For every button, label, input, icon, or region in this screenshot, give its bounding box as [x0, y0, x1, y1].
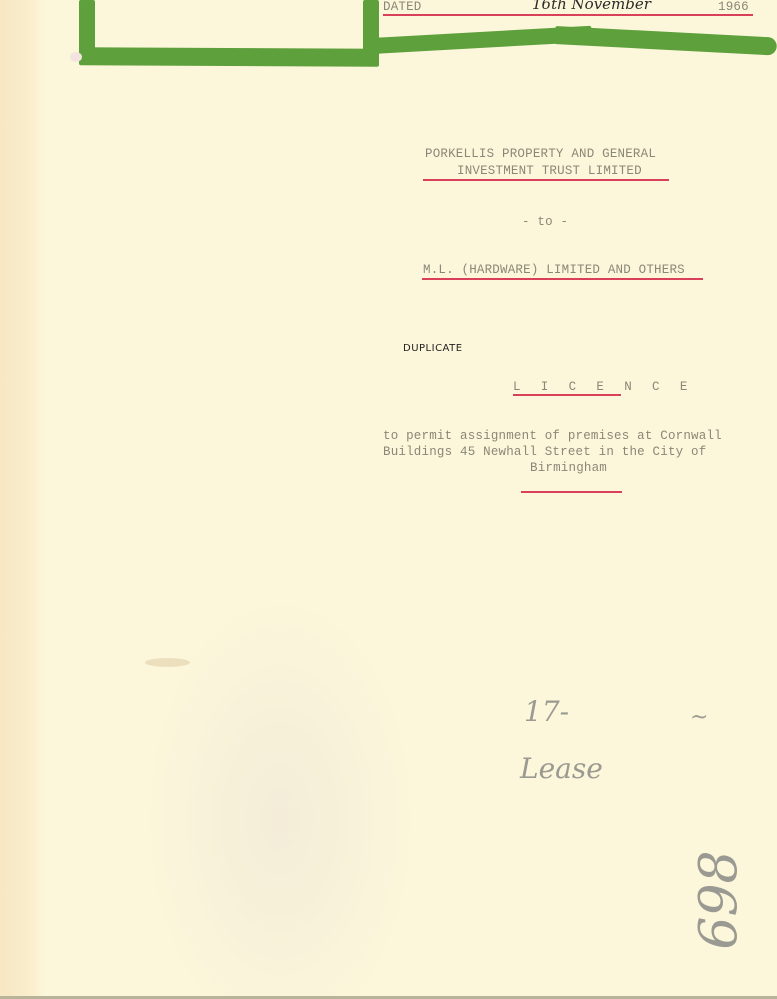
dated-date-handwritten: 16th November	[532, 0, 651, 13]
pencil-annotation-word: Lease	[520, 752, 603, 785]
green-tape	[79, 47, 379, 67]
party2-name: M.L. (HARDWARE) LIMITED AND OTHERS	[423, 263, 685, 277]
party1-name-line2: INVESTMENT TRUST LIMITED	[457, 164, 642, 178]
description-underline	[521, 491, 622, 493]
description-line3: Birmingham	[530, 461, 607, 475]
tape-knot	[70, 52, 82, 62]
document-page: DATED 16th November 1966 PORKELLIS PROPE…	[0, 0, 777, 999]
party1-name-line1: PORKELLIS PROPERTY AND GENERAL	[425, 147, 656, 161]
description-line1: to permit assignment of premises at Corn…	[383, 429, 722, 443]
green-tape	[555, 26, 777, 56]
description-line2: Buildings 45 Newhall Street in the City …	[383, 445, 706, 459]
document-title: L I C E N C E	[513, 380, 694, 394]
title-underline	[513, 394, 621, 396]
dated-label: DATED	[383, 0, 422, 14]
party1-underline	[423, 179, 669, 181]
pencil-annotation-number: 17-	[524, 695, 569, 728]
dated-underline	[383, 14, 753, 16]
duplicate-mark: DUPLICATE	[403, 343, 463, 354]
paper-stain	[145, 658, 190, 667]
dated-year: 1966	[718, 0, 749, 14]
pencil-reference-number: 698	[690, 850, 750, 949]
party2-underline	[422, 278, 703, 280]
pencil-annotation-tilde: ~	[690, 705, 708, 730]
party-connector: - to -	[522, 215, 568, 229]
